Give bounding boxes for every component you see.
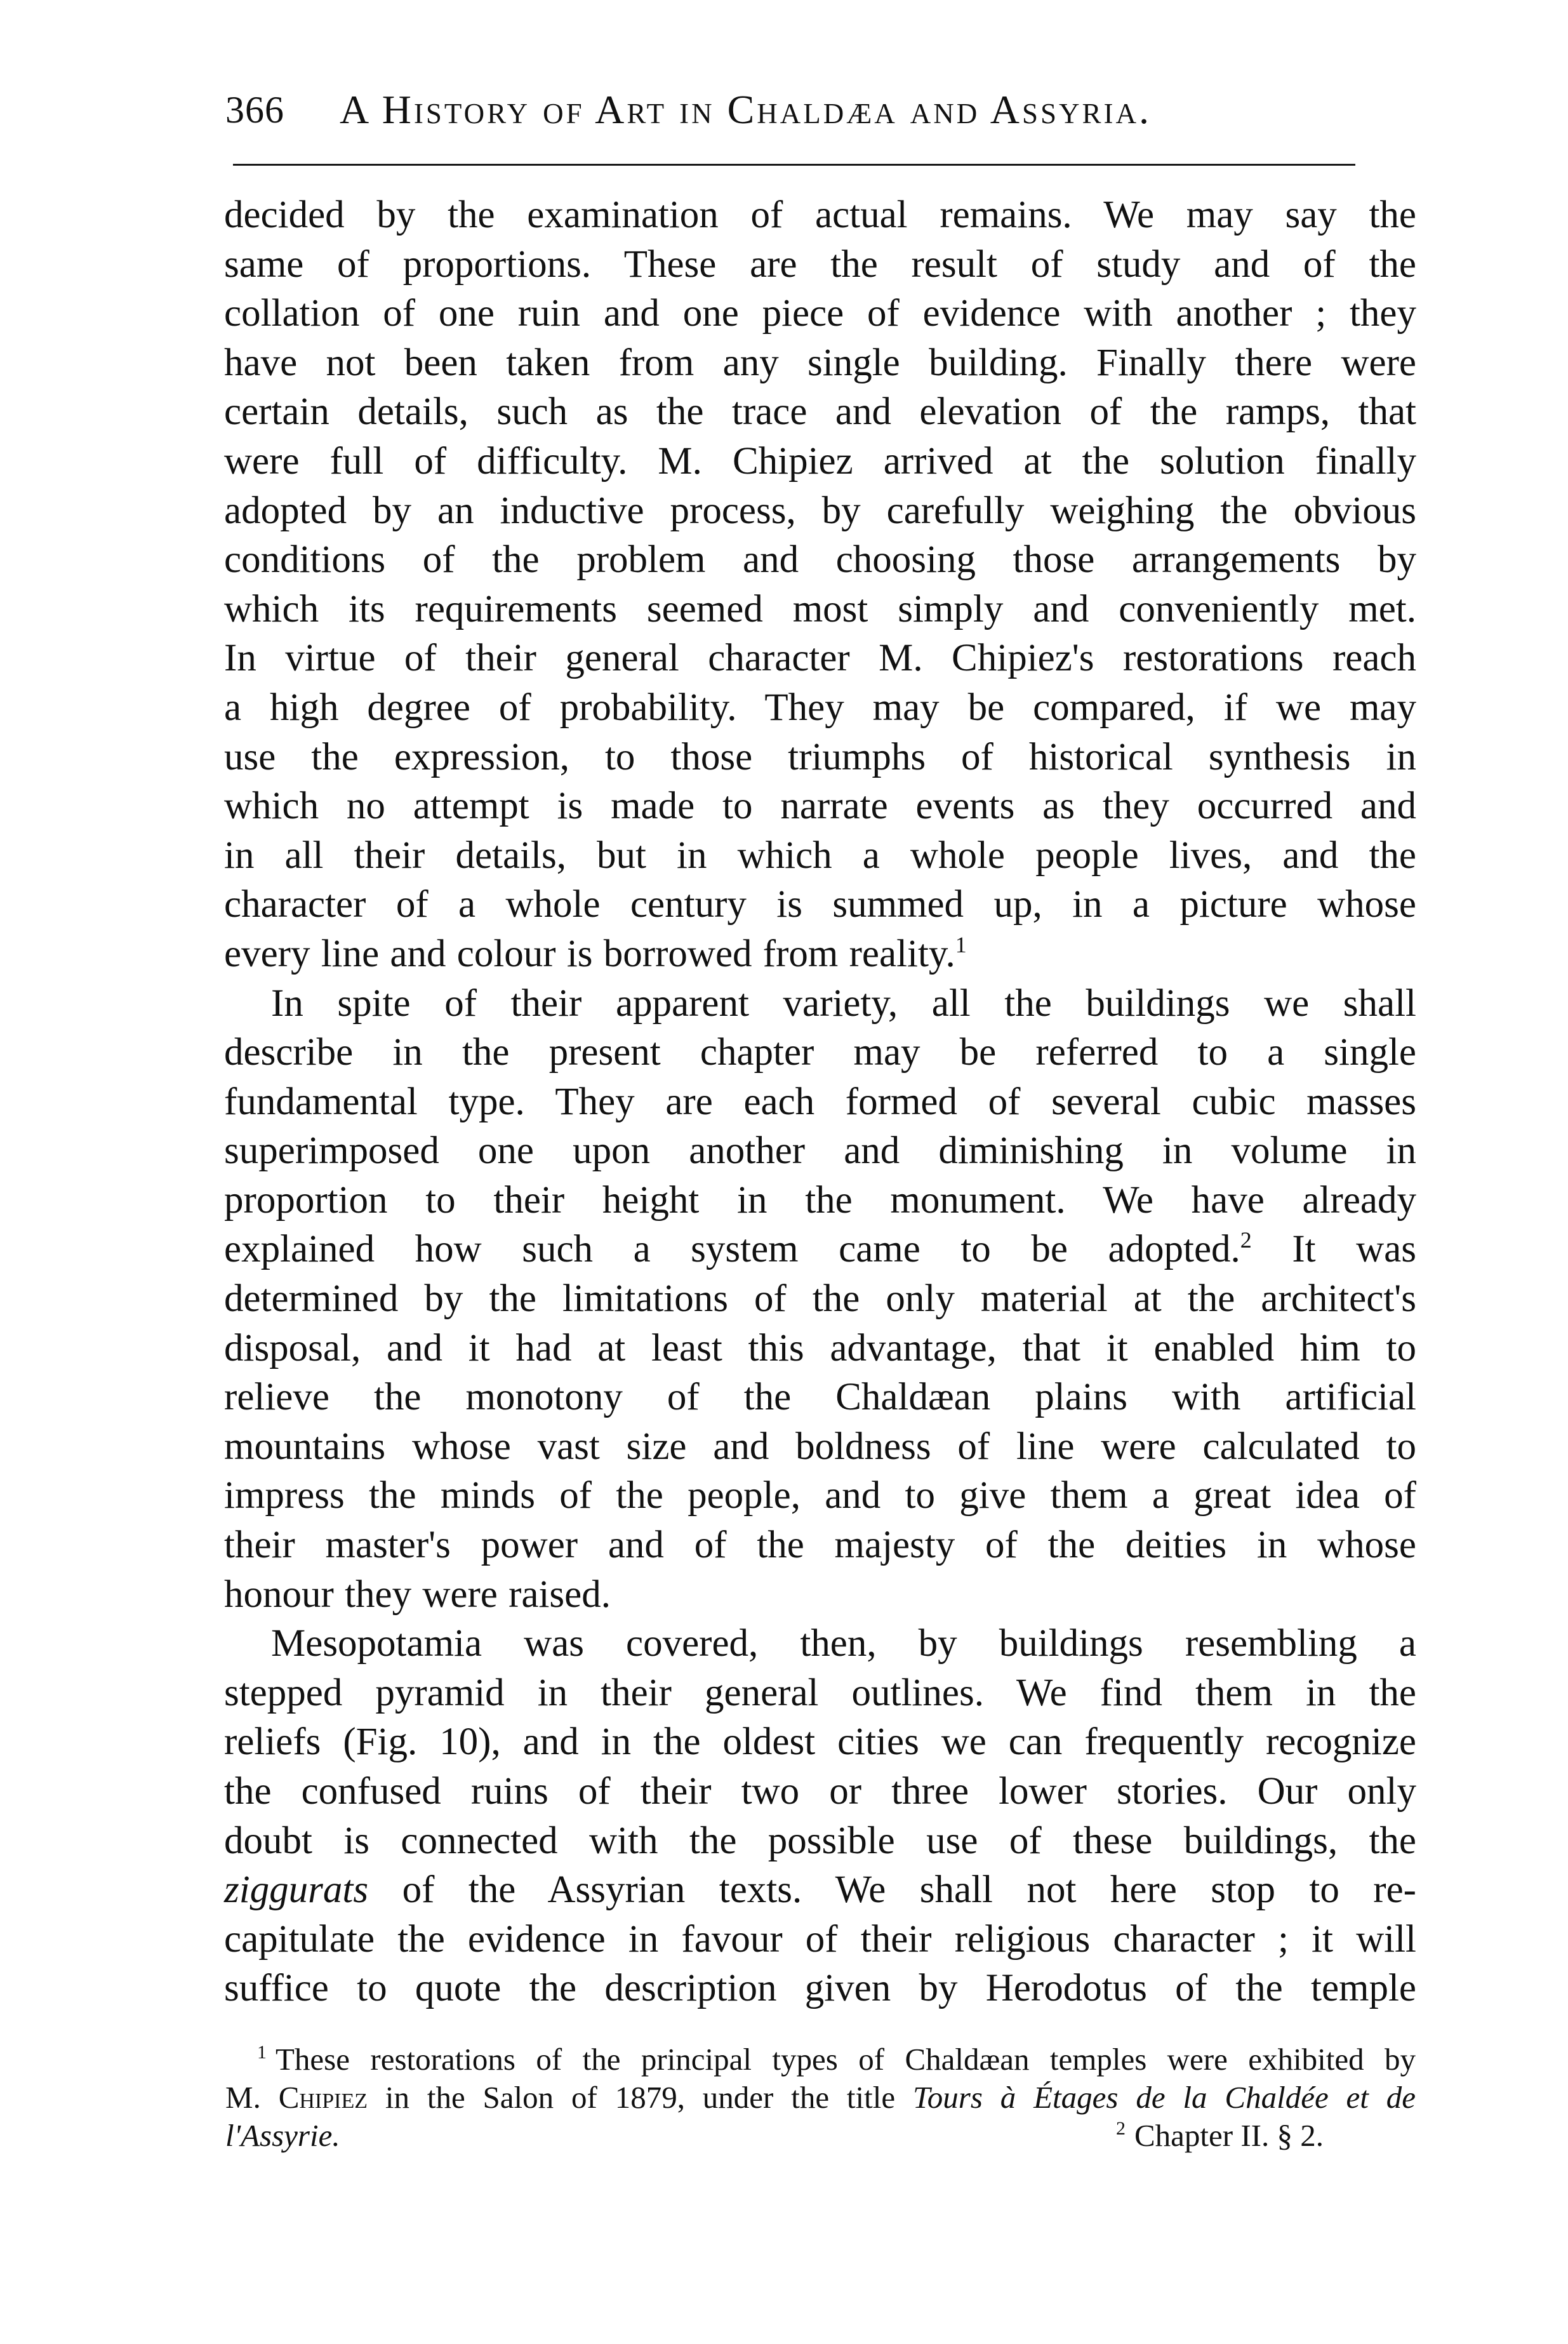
text-line: In virtue of their general character M. … [224,634,1416,683]
text-line: adopted by an inductive process, by care… [224,486,1416,536]
text-line: every line and colour is borrowed from r… [224,929,1416,979]
running-head: 366 A History of Art in Chaldæa and Assy… [225,81,1368,138]
footnote-last-line: l'Assyrie. 2Chapter II. § 2. [225,2117,1416,2155]
text-line: which its requirements seemed most simpl… [224,585,1416,634]
header-rule [233,164,1355,166]
text-line: doubt is connected with the possible use… [224,1816,1416,1866]
text-line: suffice to quote the description given b… [224,1964,1416,2013]
footnotes: 1These restorations of the principal typ… [225,2041,1416,2155]
text-line: Mesopotamia was covered, then, by buildi… [224,1619,1416,1668]
text-line: explained how such a system came to be a… [224,1225,1416,1274]
text-line: superimposed one upon another and dimini… [224,1126,1416,1176]
text-line: their master's power and of the majesty … [224,1521,1416,1570]
body-text: decided by the examination of actual rem… [224,190,1416,2013]
text-line: determined by the limitations of the onl… [224,1274,1416,1324]
text-line: decided by the examination of actual rem… [224,190,1416,240]
footnote-1-line-2: M. Chipiez in the Salon of 1879, under t… [225,2079,1416,2117]
page-number: 366 [225,81,284,138]
text-line: relieve the monotony of the Chaldæan pla… [224,1373,1416,1422]
text-line: describe in the present chapter may be r… [224,1028,1416,1077]
text-line: honour they were raised. [224,1570,1416,1620]
text-line: ziggurats of the Assyrian texts. We shal… [224,1865,1416,1915]
text-line: capitulate the evidence in favour of the… [224,1915,1416,1964]
text-line: proportion to their height in the monume… [224,1176,1416,1225]
footnote-2: 2Chapter II. § 2. [1116,2117,1324,2155]
text-line: same of proportions. These are the resul… [224,240,1416,290]
text-line: in all their details, but in which a who… [224,831,1416,881]
text-line: mountains whose vast size and boldness o… [224,1422,1416,1472]
text-line: which no attempt is made to narrate even… [224,782,1416,831]
text-line: a high degree of probability. They may b… [224,683,1416,733]
footnote-1: 1These restorations of the principal typ… [225,2041,1416,2079]
text-line: character of a whole century is summed u… [224,880,1416,929]
text-line: collation of one ruin and one piece of e… [224,289,1416,338]
book-page: 366 A History of Art in Chaldæa and Assy… [0,0,1568,2344]
footnote-ref-1[interactable]: 1 [955,932,967,957]
text-line: were full of difficulty. M. Chipiez arri… [224,437,1416,486]
footnote-1-line-3: l'Assyrie. [225,2117,340,2155]
text-line: have not been taken from any single buil… [224,338,1416,388]
text-line: stepped pyramid in their general outline… [224,1668,1416,1718]
footnote-ref-2[interactable]: 2 [1240,1227,1252,1253]
text-line: conditions of the problem and choosing t… [224,535,1416,585]
footnote-marker: 1 [257,2042,267,2063]
text-line: certain details, such as the trace and e… [224,387,1416,437]
footnote-marker: 2 [1116,2118,1126,2139]
text-line: disposal, and it had at least this advan… [224,1324,1416,1373]
text-line: impress the minds of the people, and to … [224,1471,1416,1521]
text-line: In spite of their apparent variety, all … [224,979,1416,1029]
text-line: use the expression, to those triumphs of… [224,733,1416,782]
running-head-title: A History of Art in Chaldæa and Assyria. [340,81,1152,138]
italic-term: ziggurats [224,1868,368,1911]
text-line: reliefs (Fig. 10), and in the oldest cit… [224,1717,1416,1767]
text-line: fundamental type. They are each formed o… [224,1077,1416,1127]
text-line: the confused ruins of their two or three… [224,1767,1416,1816]
